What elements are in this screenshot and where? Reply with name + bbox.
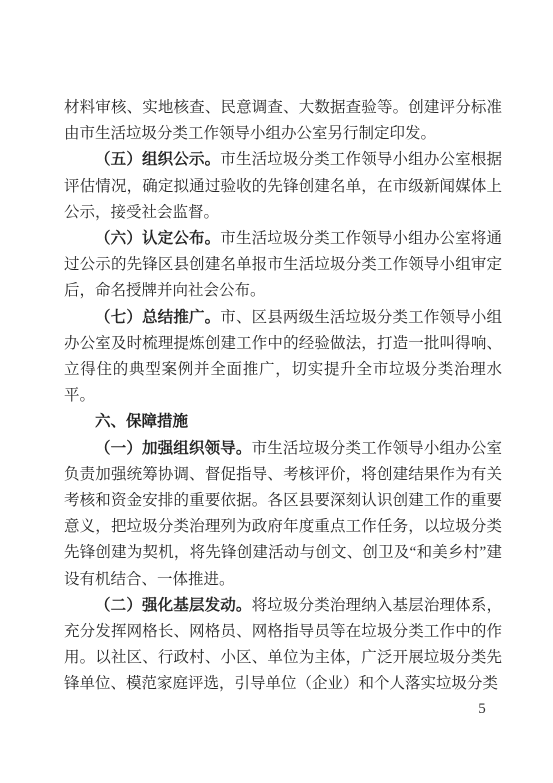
paragraph-item-1: （一）加强组织领导。市生活垃圾分类工作领导小组办公室负责加强统筹协调、督促指导、…: [64, 436, 502, 593]
paragraph-item-5: （五）组织公示。市生活垃圾分类工作领导小组办公室根据评估情况，确定拟通过验收的先…: [64, 147, 502, 226]
paragraph-item-7: （七）总结推广。市、区县两级生活垃圾分类工作领导小组办公室及时梳理提炼创建工作中…: [64, 305, 502, 410]
paragraph-lead: （六）认定公布。: [95, 230, 220, 247]
paragraph-lead: （五）组织公示。: [95, 151, 220, 168]
page-number: 5: [472, 701, 492, 718]
paragraph-text: 市生活垃圾分类工作领导小组办公室负责加强统筹协调、督促指导、考核评价，将创建结果…: [64, 440, 502, 588]
paragraph-continuation: 材料审核、实地核查、民意调查、大数据查验等。创建评分标准由市生活垃圾分类工作领导…: [64, 95, 502, 147]
paragraph-item-6: （六）认定公布。市生活垃圾分类工作领导小组办公室将通过公示的先锋区县创建名单报市…: [64, 226, 502, 305]
document-page: 材料审核、实地核查、民意调查、大数据查验等。创建评分标准由市生活垃圾分类工作领导…: [0, 0, 553, 783]
paragraph-item-2: （二）强化基层发动。将垃圾分类治理纳入基层治理体系，充分发挥网格长、网格员、网格…: [64, 593, 502, 698]
paragraph-text: 材料审核、实地核查、民意调查、大数据查验等。创建评分标准由市生活垃圾分类工作领导…: [64, 99, 502, 142]
paragraph-lead: （一）加强组织领导。: [95, 440, 252, 457]
paragraph-lead: （七）总结推广。: [95, 309, 220, 326]
section-heading-6: 六、保障措施: [64, 409, 502, 435]
document-body: 材料审核、实地核查、民意调查、大数据查验等。创建评分标准由市生活垃圾分类工作领导…: [64, 95, 502, 698]
paragraph-lead: （二）强化基层发动。: [95, 597, 252, 614]
